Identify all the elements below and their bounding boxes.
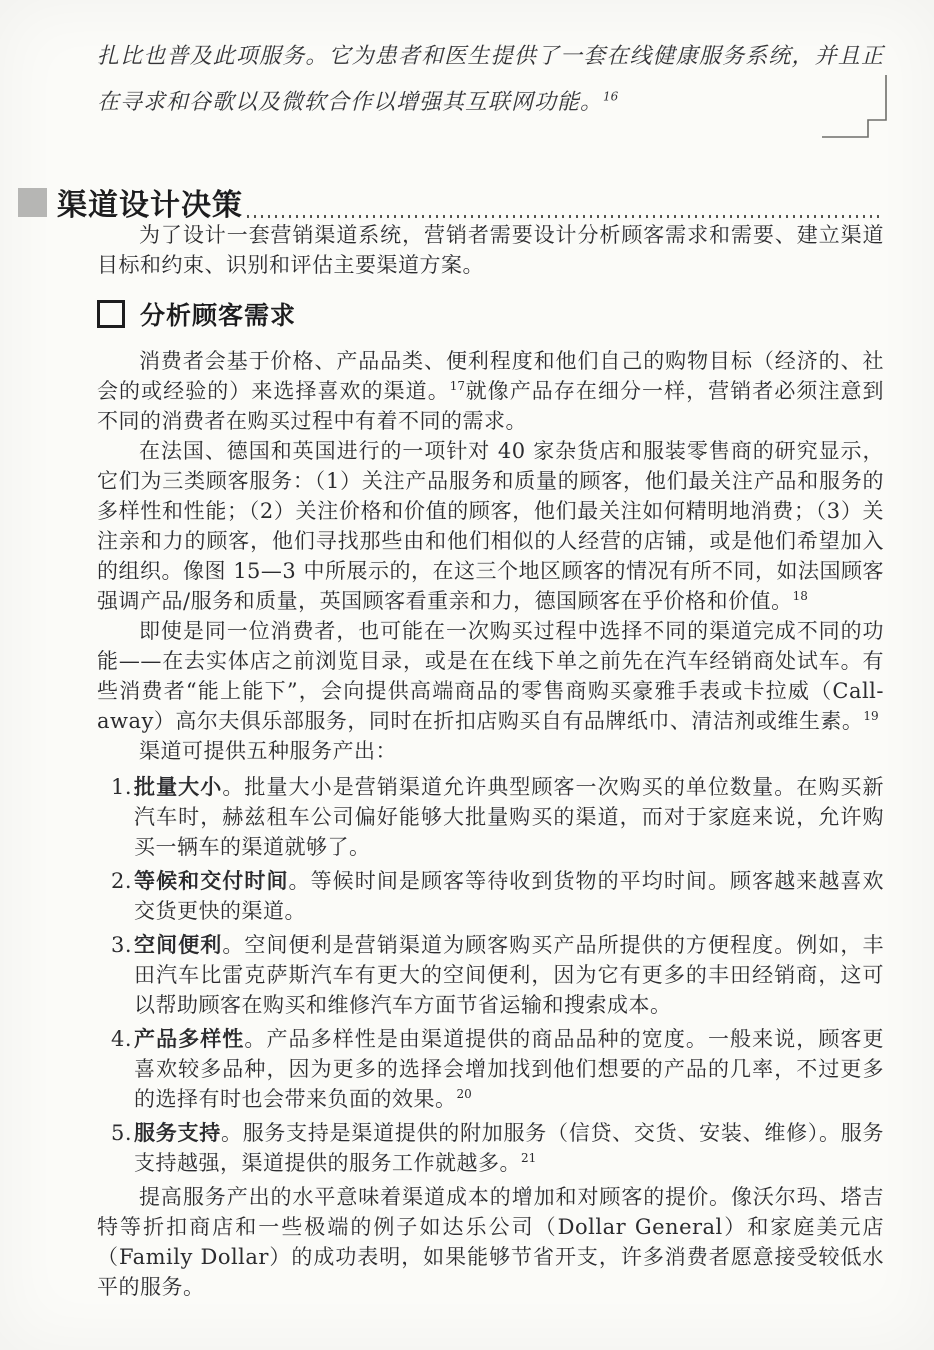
list-item-number: 5. [111, 1118, 132, 1148]
subsection-marker-square-icon [97, 300, 125, 328]
text-run: 空间便利 [134, 933, 222, 957]
subsection-heading: 分析顾客需求 [97, 296, 884, 332]
channel-design-intro-paragraph: 为了设计一套营销渠道系统，营销者需要设计分析顾客需求和需要、建立渠道目标和约束、… [97, 220, 884, 280]
book-page: 扎比也普及此项服务。它为患者和医生提供了一套在线健康服务系统，并且正在寻求和谷歌… [0, 0, 934, 1350]
list-item-number: 3. [111, 930, 132, 960]
section-marker-square-icon [18, 188, 47, 217]
list-item: 1.批量大小。批量大小是营销渠道允许典型顾客一次购买的单位数量。在购买新汽车时，… [97, 772, 884, 862]
text-run: 。产品多样性是由渠道提供的商品品种的宽度。一般来说，顾客更喜欢较多品种，因为更多… [134, 1027, 884, 1111]
list-item: 4.产品多样性。产品多样性是由渠道提供的商品品种的宽度。一般来说，顾客更喜欢较多… [97, 1024, 884, 1114]
list-item-number: 4. [111, 1024, 132, 1054]
text-run: 为了设计一套营销渠道系统，营销者需要设计分析顾客需求和需要、建立渠道目标和约束、… [97, 223, 884, 277]
footnote-ref: 19 [863, 709, 878, 723]
list-item-number: 2. [111, 866, 132, 896]
section-title: 渠道设计决策 [57, 180, 243, 224]
text-run: 。批量大小是营销渠道允许典型顾客一次购买的单位数量。在购买新汽车时，赫兹租车公司… [134, 775, 884, 859]
list-item: 2.等候和交付时间。等候时间是顾客等待收到货物的平均时间。顾客越来越喜欢交货更快… [97, 866, 884, 926]
text-run: 批量大小 [134, 775, 222, 799]
service-outputs-list: 1.批量大小。批量大小是营销渠道允许典型顾客一次购买的单位数量。在购买新汽车时，… [97, 772, 884, 1178]
footnote-ref: 16 [603, 90, 618, 104]
section-heading: 渠道设计决策 [97, 184, 884, 220]
three-customer-types-paragraph: 在法国、德国和英国进行的一项针对 40 家杂货店和服装零售商的研究显示，它们为三… [97, 436, 884, 616]
text-run: 产品多样性 [134, 1027, 244, 1051]
page-content: 扎比也普及此项服务。它为患者和医生提供了一套在线健康服务系统，并且正在寻求和谷歌… [97, 34, 884, 1302]
five-service-outputs-lead-paragraph: 渠道可提供五种服务产出： [97, 736, 884, 766]
list-item-number: 1. [111, 772, 132, 802]
text-run: 服务支持 [134, 1121, 221, 1145]
dotted-rule [247, 215, 884, 218]
list-item: 5.服务支持。服务支持是渠道提供的附加服务（信贷、交货、安装、维修）。服务支持越… [97, 1118, 884, 1178]
footnote-ref: 17 [450, 379, 465, 393]
text-run: 提高服务产出的水平意味着渠道成本的增加和对顾客的提价。像沃尔玛、塔吉特等折扣商店… [97, 1185, 884, 1299]
higher-service-output-cost-paragraph: 提高服务产出的水平意味着渠道成本的增加和对顾客的提价。像沃尔玛、塔吉特等折扣商店… [97, 1182, 884, 1302]
text-run: 渠道可提供五种服务产出： [139, 739, 397, 763]
footnote-ref: 20 [457, 1087, 472, 1101]
text-run: 扎比也普及此项服务。它为患者和医生提供了一套在线健康服务系统，并且正在寻求和谷歌… [97, 44, 884, 115]
text-run: 等候和交付时间 [134, 869, 289, 893]
subsection-title: 分析顾客需求 [140, 296, 296, 332]
text-run: 即使是同一位消费者，也可能在一次购买过程中选择不同的渠道完成不同的功能——在去实… [97, 619, 884, 733]
same-consumer-multichannel-paragraph: 即使是同一位消费者，也可能在一次购买过程中选择不同的渠道完成不同的功能——在去实… [97, 616, 884, 736]
text-run: 。服务支持是渠道提供的附加服务（信贷、交货、安装、维修）。服务支持越强，渠道提供… [134, 1121, 884, 1175]
text-run: 在法国、德国和英国进行的一项针对 40 家杂货店和服装零售商的研究显示，它们为三… [97, 439, 884, 613]
footnote-ref: 21 [521, 1151, 536, 1165]
text-run: 。空间便利是营销渠道为顾客购买产品所提供的方便程度。例如，丰田汽车比雷克萨斯汽车… [134, 933, 884, 1017]
list-item: 3.空间便利。空间便利是营销渠道为顾客购买产品所提供的方便程度。例如，丰田汽车比… [97, 930, 884, 1020]
intro-continuation-paragraph: 扎比也普及此项服务。它为患者和医生提供了一套在线健康服务系统，并且正在寻求和谷歌… [97, 34, 884, 126]
footnote-ref: 18 [793, 589, 808, 603]
consumer-channel-choice-paragraph: 消费者会基于价格、产品品类、便利程度和他们自己的购物目标（经济的、社会的或经验的… [97, 346, 884, 436]
